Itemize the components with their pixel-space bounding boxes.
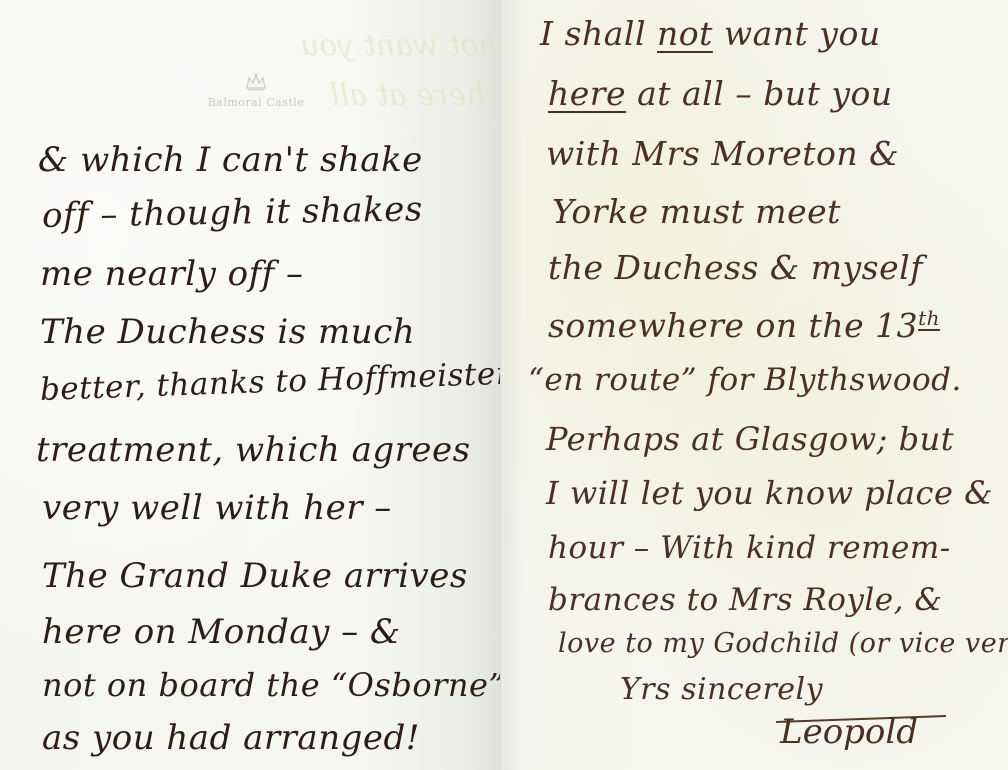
text-line: me nearly off – [40,254,304,294]
text-line: not on board the “Osborne” [42,666,502,704]
text-line: The Duchess is much [40,312,415,352]
text-line: The Grand Duke arrives [42,556,468,596]
page-fold [500,0,506,770]
text-line: Perhaps at Glasgow; but [546,420,954,458]
text-line: with Mrs Moreton & [546,134,899,173]
underlined-word: not [657,14,713,53]
text-line: somewhere on the 13th [548,306,940,345]
right-page-text: I shall not want you here at all – but y… [502,0,1008,770]
closing-line: Yrs sincerely [620,672,823,707]
text-line: here on Monday – & [42,612,401,652]
signature: Leopold [780,712,918,752]
text-line: off – though it shakes [42,189,423,236]
text-line: Yorke must meet [552,192,841,231]
text-line: as you had arranged! [42,718,420,758]
text-segment: at all – but you [626,74,893,113]
ordinal-suffix: th [918,306,940,330]
text-segment: I shall [540,14,657,53]
text-line: hour – With kind remem- [548,530,951,566]
text-line: I will let you know place & [546,474,993,512]
text-line: & which I can't shake [38,140,423,180]
text-segment: somewhere on the 13 [548,306,918,345]
text-line: “en route” for Blythswood. [528,362,962,398]
underlined-word: here [548,74,626,113]
text-line: better, thanks to Hoffmeister's [39,355,502,408]
text-line: treatment, which agrees [36,430,471,470]
left-page: I shall not want you here at all Balmora… [0,0,502,770]
text-line: I shall not want you [540,14,881,53]
text-line: love to my Godchild (or vice versâ) [558,628,1008,659]
right-page: I shall not want you here at all – but y… [502,0,1008,770]
text-line: the Duchess & myself [548,248,923,287]
text-segment: want you [713,14,881,53]
text-line: brances to Mrs Royle, & [548,582,942,618]
text-line: here at all – but you [548,74,893,113]
text-line: very well with her – [42,488,392,528]
left-page-text: & which I can't shake off – though it sh… [0,0,502,770]
letter-spread: I shall not want you here at all Balmora… [0,0,1008,770]
